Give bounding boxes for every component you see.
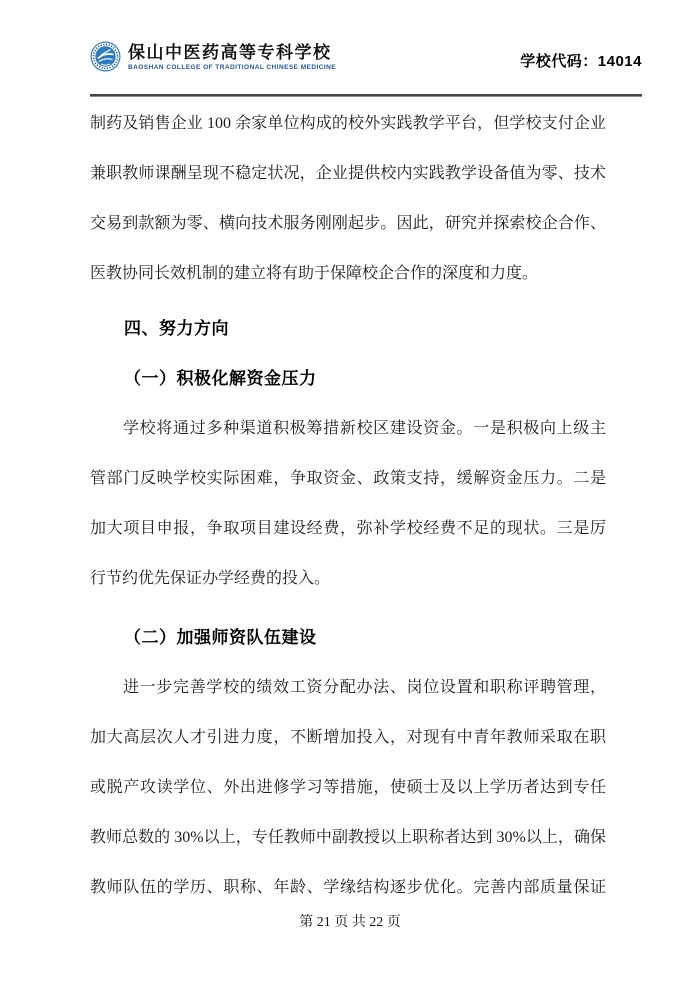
school-code-label: 学校代码：14014 <box>520 50 642 71</box>
text-line: 进一步完善学校的绩效工资分配办法、岗位设置和职称评聘管理， <box>90 663 606 713</box>
page-footer: 第 21 页 共 22 页 <box>0 911 700 931</box>
school-name-block: 保山中医药高等专科学校 BAOSHAN COLLEGE OF TRADITION… <box>128 43 336 71</box>
school-emblem-icon <box>90 41 121 72</box>
text-line: 管部门反映学校实际困难，争取资金、政策支持，缓解资金压力。二是 <box>90 454 606 504</box>
section-heading: （二）加强师资队伍建设 <box>90 613 606 663</box>
document-body: 制药及销售企业 100 余家单位构成的校外实践教学平台，但学校支付企业兼职教师课… <box>90 99 606 913</box>
text-line: 交易到款额为零、横向技术服务刚刚起步。因此，研究并探索校企合作、 <box>90 199 606 249</box>
text-line: 兼职教师课酬呈现不稳定状况，企业提供校内实践教学设备值为零、技术 <box>90 149 606 199</box>
section-heading: 四、努力方向 <box>90 304 606 354</box>
text-line: 加大项目申报，争取项目建设经费，弥补学校经费不足的现状。三是厉 <box>90 504 606 554</box>
text-line: 教师总数的 30%以上，专任教师中副教授以上职称者达到 30%以上，确保 <box>90 813 606 863</box>
text-line: 或脱产攻读学位、外出进修学习等措施，使硕士及以上学历者达到专任 <box>90 763 606 813</box>
page-header: 保山中医药高等专科学校 BAOSHAN COLLEGE OF TRADITION… <box>90 41 642 72</box>
header-divider <box>90 94 642 97</box>
section-heading: （一）积极化解资金压力 <box>90 354 606 404</box>
text-line: 学校将通过多种渠道积极筹措新校区建设资金。一是积极向上级主 <box>90 404 606 454</box>
text-line: 行节约优先保证办学经费的投入。 <box>90 554 606 604</box>
school-name-english: BAOSHAN COLLEGE OF TRADITIONAL CHINESE M… <box>128 64 336 71</box>
school-name-chinese: 保山中医药高等专科学校 <box>128 43 336 63</box>
school-logo: 保山中医药高等专科学校 BAOSHAN COLLEGE OF TRADITION… <box>90 41 336 72</box>
text-line: 教师队伍的学历、职称、年龄、学缘结构逐步优化。完善内部质量保证 <box>90 863 606 913</box>
document-page: 保山中医药高等专科学校 BAOSHAN COLLEGE OF TRADITION… <box>0 0 700 990</box>
text-line: 医教协同长效机制的建立将有助于保障校企合作的深度和力度。 <box>90 249 606 299</box>
page-number: 第 21 页 共 22 页 <box>299 915 401 930</box>
text-line: 加大高层次人才引进力度，不断增加投入，对现有中青年教师采取在职 <box>90 713 606 763</box>
text-line: 制药及销售企业 100 余家单位构成的校外实践教学平台，但学校支付企业 <box>90 99 606 149</box>
